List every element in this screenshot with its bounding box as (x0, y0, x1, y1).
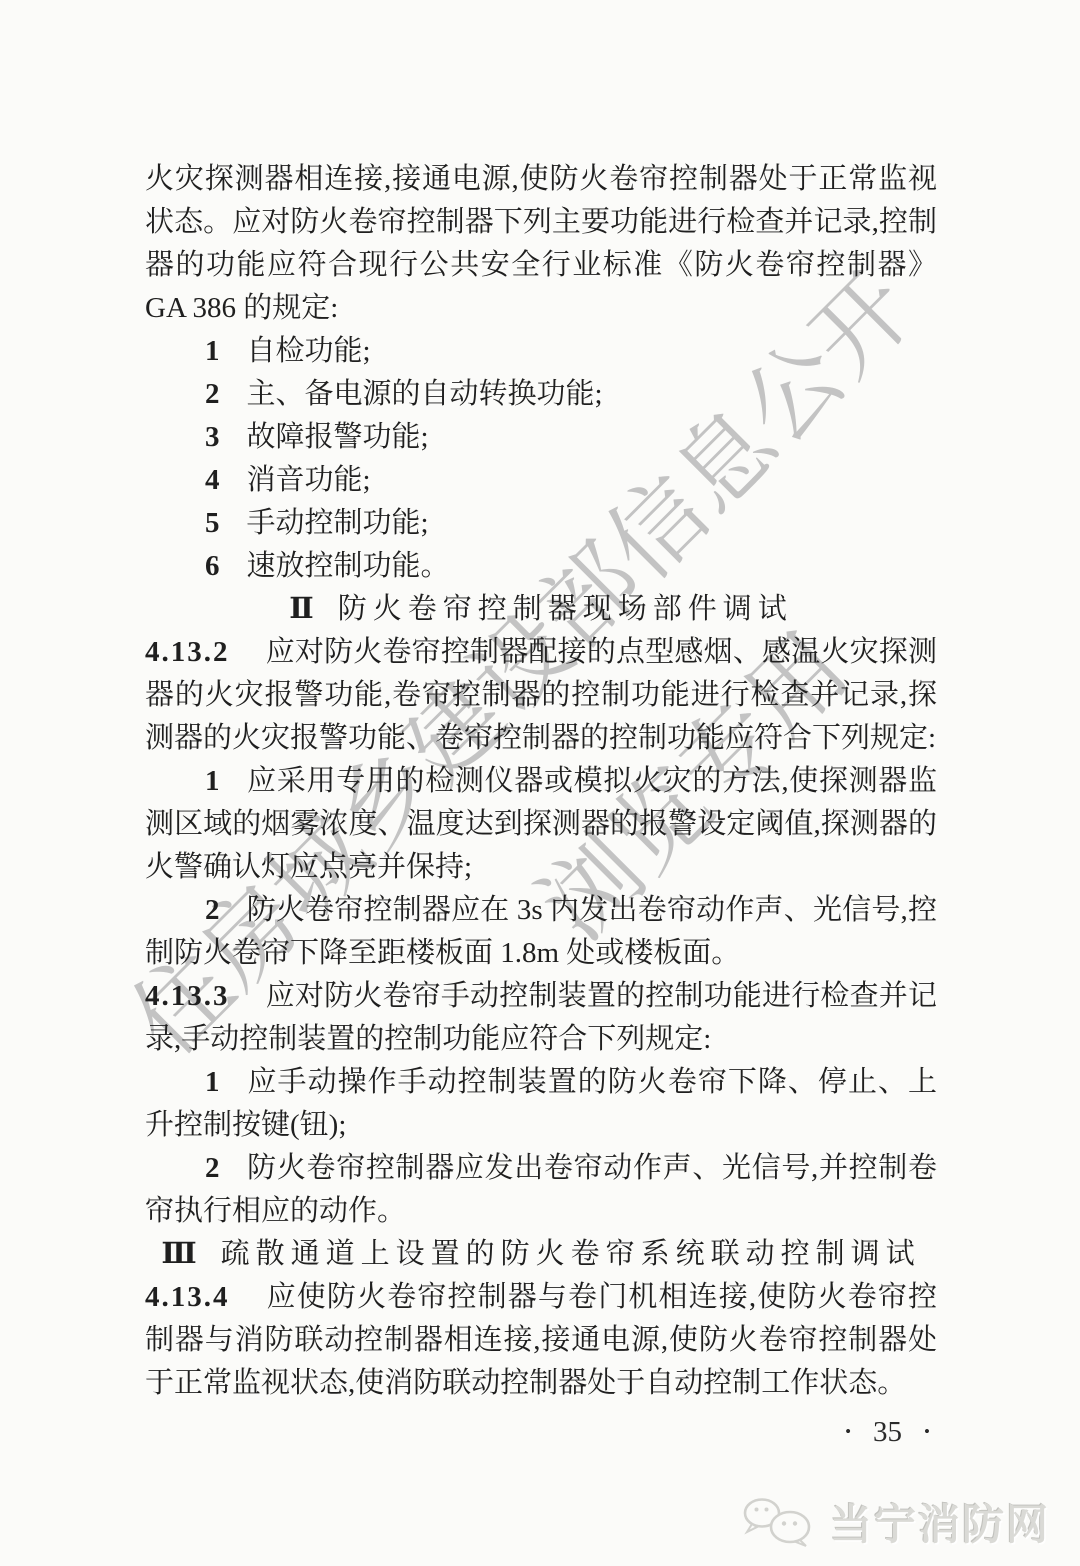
section-heading-3: Ⅲ疏散通道上设置的防火卷帘系统联动控制调试 (145, 1233, 937, 1276)
list-item-number: 5 (205, 507, 221, 539)
clause-number: 4.13.3 (145, 980, 230, 1012)
page-text-block: 火灾探测器相连接,接通电源,使防火卷帘控制器处于正常监视状态。应对防火卷帘控制器… (145, 158, 937, 1405)
list-item-number: 6 (205, 550, 221, 582)
list-item-text: 自检功能; (247, 335, 371, 367)
list-item-number: 4 (205, 464, 221, 496)
page-number-right-dot: • (924, 1414, 930, 1450)
section-3-numeral: Ⅲ (161, 1238, 196, 1270)
page-number-left-dot: • (845, 1414, 851, 1450)
list-item-number: 3 (205, 421, 221, 453)
list-item-number: 2 (205, 378, 221, 410)
clause-text: 应对防火卷帘手动控制装置的控制功能进行检查并记录,手动控制装置的控制功能应符合下… (145, 980, 937, 1055)
page-number-value: 35 (873, 1414, 902, 1450)
section-2-title: 防火卷帘控制器现场部件调试 (338, 593, 793, 625)
clause-item: 2防火卷帘控制器应发出卷帘动作声、光信号,并控制卷帘执行相应的动作。 (145, 1147, 937, 1233)
clause-text: 应对防火卷帘控制器配接的点型感烟、感温火灾探测器的火灾报警功能,卷帘控制器的控制… (145, 636, 937, 754)
list-item: 3故障报警功能; (145, 416, 937, 459)
list-item-text: 手动控制功能; (247, 507, 429, 539)
clause-item-number: 2 (205, 894, 221, 926)
list-item: 2主、备电源的自动转换功能; (145, 373, 937, 416)
footer-brand-text: 当宁消防网 (830, 1492, 1050, 1552)
list-item: 4消音功能; (145, 459, 937, 502)
clause-item-text: 应采用专用的检测仪器或模拟火灾的方法,使探测器监测区域的烟雾浓度、温度达到探测器… (145, 765, 937, 883)
section-heading-2: Ⅱ防火卷帘控制器现场部件调试 (145, 588, 937, 631)
clause-item-text: 防火卷帘控制器应在 3s 内发出卷帘动作声、光信号,控制防火卷帘下降至距楼板面 … (145, 894, 937, 969)
section-3-title: 疏散通道上设置的防火卷帘系统联动控制调试 (221, 1238, 921, 1270)
list-item-text: 速放控制功能。 (247, 550, 450, 582)
clause-4-13-4: 4.13.4应使防火卷帘控制器与卷门机相连接,使防火卷帘控制器与消防联动控制器相… (145, 1276, 937, 1405)
list-item: 6速放控制功能。 (145, 545, 937, 588)
clause-item-text: 应手动操作手动控制装置的防火卷帘下降、停止、上升控制按键(钮); (145, 1066, 937, 1141)
clause-text: 应使防火卷帘控制器与卷门机相连接,使防火卷帘控制器与消防联动控制器相连接,接通电… (145, 1281, 937, 1399)
clause-number: 4.13.2 (145, 636, 230, 668)
clause-item-text: 防火卷帘控制器应发出卷帘动作声、光信号,并控制卷帘执行相应的动作。 (145, 1152, 937, 1227)
clause-item: 1应手动操作手动控制装置的防火卷帘下降、停止、上升控制按键(钮); (145, 1061, 937, 1147)
section-2-numeral: Ⅱ (289, 593, 313, 625)
clause-4-13-3: 4.13.3应对防火卷帘手动控制装置的控制功能进行检查并记录,手动控制装置的控制… (145, 975, 937, 1061)
list-item: 1自检功能; (145, 330, 937, 373)
clause-item: 1应采用专用的检测仪器或模拟火灾的方法,使探测器监测区域的烟雾浓度、温度达到探测… (145, 760, 937, 889)
list-item: 5手动控制功能; (145, 502, 937, 545)
clause-item-number: 1 (205, 765, 221, 797)
page-number: • 35 • (845, 1414, 930, 1450)
intro-paragraph: 火灾探测器相连接,接通电源,使防火卷帘控制器处于正常监视状态。应对防火卷帘控制器… (145, 158, 937, 330)
list-item-text: 主、备电源的自动转换功能; (247, 378, 603, 410)
document-page: 住房城乡建设部信息公开 浏览专用 火灾探测器相连接,接通电源,使防火卷帘控制器处… (0, 0, 1080, 1566)
clause-number: 4.13.4 (145, 1281, 230, 1313)
list-item-text: 消音功能; (247, 464, 371, 496)
list-item-number: 1 (205, 335, 221, 367)
clause-item: 2防火卷帘控制器应在 3s 内发出卷帘动作声、光信号,控制防火卷帘下降至距楼板面… (145, 889, 937, 975)
clause-item-number: 1 (205, 1066, 221, 1098)
list-item-text: 故障报警功能; (247, 421, 429, 453)
clause-item-number: 2 (205, 1152, 221, 1184)
footer-brand: 当宁消防网 (738, 1492, 1050, 1552)
wechat-icon (738, 1497, 822, 1547)
clause-4-13-2: 4.13.2应对防火卷帘控制器配接的点型感烟、感温火灾探测器的火灾报警功能,卷帘… (145, 631, 937, 760)
